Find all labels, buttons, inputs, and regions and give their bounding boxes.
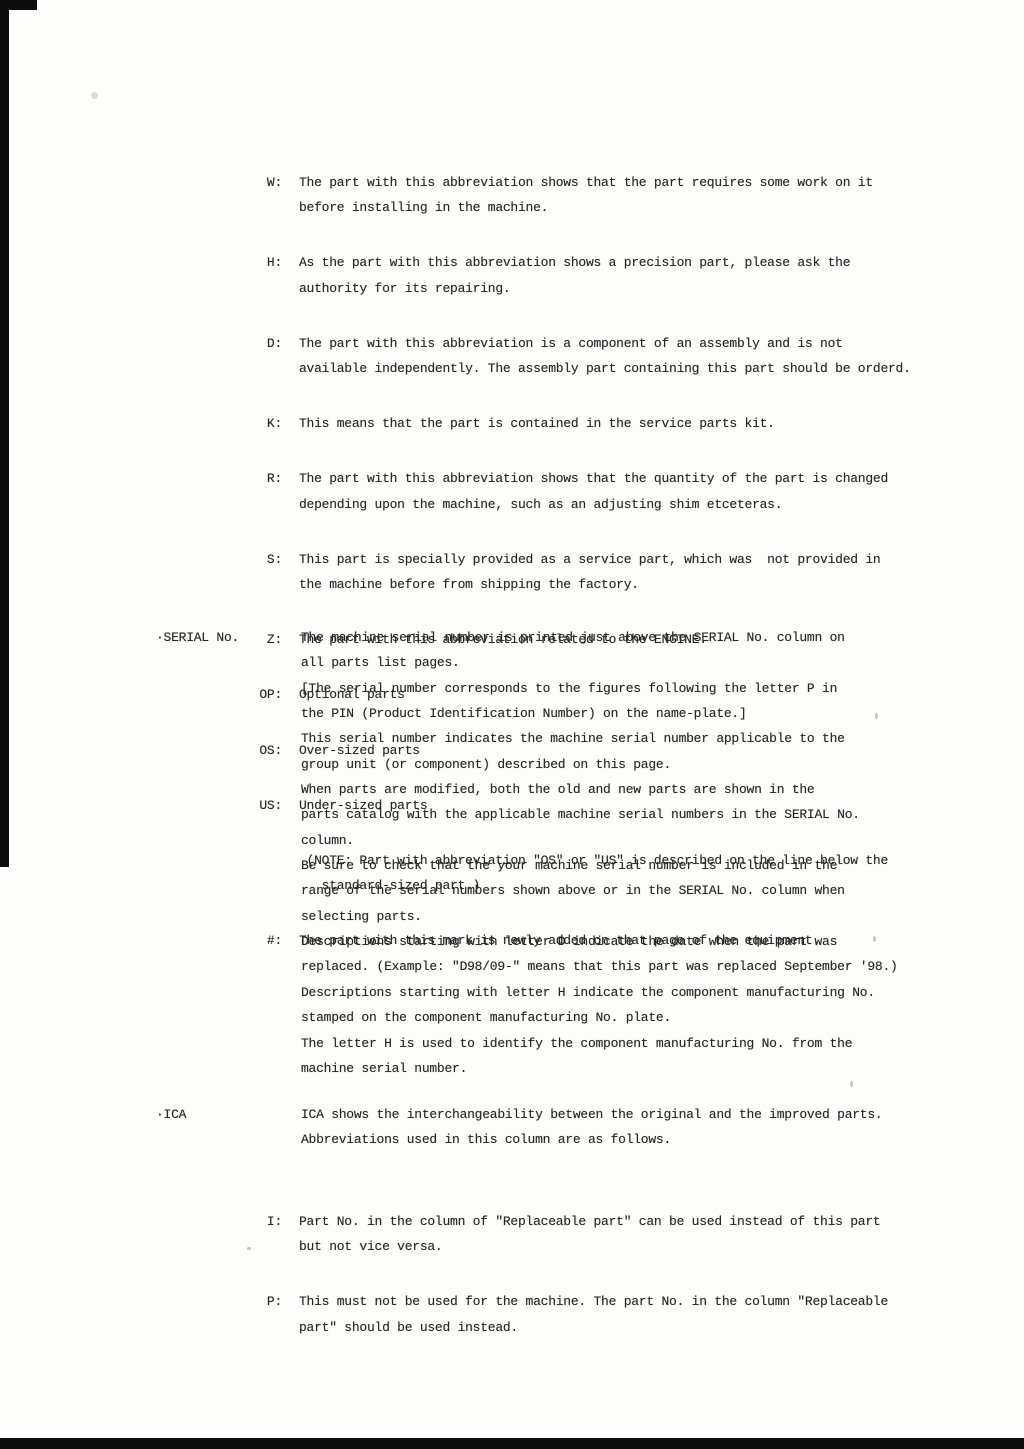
abbrev-item-h: H: As the part with this abbreviation sh…: [240, 250, 967, 300]
ica-item-p: P: This must not be used for the machine…: [240, 1289, 967, 1339]
abbrev-description: This means that the part is contained in…: [299, 411, 967, 436]
abbrev-item-r: R: The part with this abbreviation shows…: [240, 466, 967, 516]
scan-speck: [850, 1081, 853, 1087]
abbrev-code: D:: [240, 331, 282, 356]
abbrev-description: The part with this abbreviation shows th…: [299, 170, 967, 220]
abbrev-description: As the part with this abbreviation shows…: [299, 250, 967, 300]
scan-artifact-topleft-bar: [0, 0, 37, 10]
abbrev-code: #:: [240, 928, 282, 953]
ica-code: I:: [240, 1209, 282, 1234]
abbrev-description: This part is specially provided as a ser…: [299, 547, 967, 597]
abbrev-code: K:: [240, 411, 282, 436]
abbrev-code: S:: [240, 547, 282, 572]
abbrev-description: The part with this abbreviation is a com…: [299, 331, 967, 381]
abbrev-code: H:: [240, 250, 282, 275]
ica-code: P:: [240, 1289, 282, 1314]
ica-description: This must not be used for the machine. T…: [299, 1289, 967, 1339]
abbrev-code: US:: [240, 793, 282, 818]
abbrev-code: OP:: [240, 682, 282, 707]
ica-description: Part No. in the column of "Replaceable p…: [299, 1209, 967, 1259]
abbrev-item-w: W: The part with this abbreviation shows…: [240, 170, 967, 220]
serial-no-paragraph: The machine serial number is printed jus…: [301, 625, 946, 1081]
ica-side-label: ·ICA: [156, 1102, 186, 1127]
scanned-page: W: The part with this abbreviation shows…: [0, 0, 1024, 1449]
abbrev-item-d: D: The part with this abbreviation is a …: [240, 331, 967, 381]
scan-artifact-left-bar: [0, 0, 9, 867]
abbrev-code: W:: [240, 170, 282, 195]
ica-item-i: I: Part No. in the column of "Replaceabl…: [240, 1209, 967, 1259]
abbrev-code: OS:: [240, 738, 282, 763]
abbrev-description: The part with this abbreviation shows th…: [299, 466, 967, 516]
abbrev-code: R:: [240, 466, 282, 491]
scan-artifact-bottom-bar: [0, 1438, 1024, 1449]
abbrev-code: Z:: [240, 627, 282, 652]
abbrev-item-k: K: This means that the part is contained…: [240, 411, 967, 436]
abbrev-item-s: S: This part is specially provided as a …: [240, 547, 967, 597]
ica-abbreviation-list: I: Part No. in the column of "Replaceabl…: [240, 1179, 967, 1370]
ica-paragraph: ICA shows the interchangeability between…: [301, 1102, 946, 1153]
serial-no-side-label: ·SERIAL No.: [156, 625, 239, 650]
scan-speck: [91, 92, 98, 99]
